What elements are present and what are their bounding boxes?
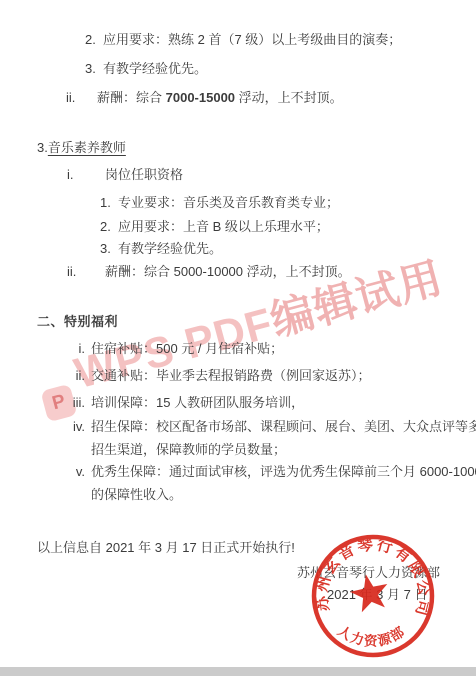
benefit-text: 培训保障：15 人教研团队服务培训， bbox=[91, 394, 304, 411]
list-marker: 2. bbox=[100, 218, 118, 235]
qualification-text: 岗位任职资格 bbox=[105, 166, 183, 183]
list-marker: 2. bbox=[85, 31, 103, 48]
benefit-text: 住宿补贴：500 元 / 月住宿补贴； bbox=[91, 340, 283, 357]
list-text: 有教学经验优先。 bbox=[118, 240, 222, 257]
salary-text: 薪酬：综合 7000-15000 浮动，上不封顶。 bbox=[97, 89, 343, 106]
list-marker: iv. bbox=[56, 418, 85, 435]
list-marker: 3. bbox=[100, 240, 118, 257]
benefit-item: v. 优秀生保障：通过面试审核，评选为优秀生保障前三个月 6000-10000 bbox=[56, 463, 476, 480]
job-heading-number: 3. bbox=[37, 139, 48, 156]
effective-date-statement: 以上信息自 2021 年 3 月 17 日正式开始执行! bbox=[37, 539, 295, 556]
list-item: 1. 专业要求：音乐类及音乐教育类专业； bbox=[100, 194, 339, 211]
list-marker: i. bbox=[56, 340, 85, 357]
salary-amount: 7000-15000 bbox=[166, 90, 235, 105]
salary-line: ii. 薪酬：综合 5000-10000 浮动，上不封顶。 bbox=[67, 263, 351, 280]
page-edge-background bbox=[0, 667, 476, 676]
benefit-item: iii. 培训保障：15 人教研团队服务培训， bbox=[56, 394, 304, 411]
list-marker: 3. bbox=[85, 60, 103, 77]
benefit-text: 优秀生保障：通过面试审核，评选为优秀生保障前三个月 6000-10000 bbox=[91, 463, 476, 480]
seal-company-name: 苏州玄音琴行有限公司 bbox=[311, 535, 434, 621]
list-marker: ii. bbox=[67, 263, 105, 280]
list-item: 2. 应用要求：上音 B 级以上乐理水平； bbox=[100, 218, 329, 235]
seal-department-label: 人力资源部 bbox=[335, 623, 408, 649]
list-item: 3. 有教学经验优先。 bbox=[100, 240, 222, 257]
benefit-item: ii. 交通补贴：毕业季去程报销路费（例回家返苏）； bbox=[56, 367, 371, 384]
list-marker: iii. bbox=[56, 394, 85, 411]
list-marker: ii. bbox=[66, 89, 97, 106]
benefit-text-continuation: 的保障性收入。 bbox=[91, 486, 182, 503]
list-item: 2. 应用要求：熟练 2 首（7 级）以上考级曲目的演奏； bbox=[85, 31, 401, 48]
list-text: 应用要求：上音 B 级以上乐理水平； bbox=[118, 218, 329, 235]
salary-text: 薪酬：综合 5000-10000 浮动，上不封顶。 bbox=[105, 263, 351, 280]
star-icon bbox=[347, 570, 392, 613]
benefit-text: 交通补贴：毕业季去程报销路费（例回家返苏）； bbox=[91, 367, 371, 384]
benefit-text-continuation: 招生渠道，保障教师的学员数量； bbox=[91, 441, 286, 458]
list-marker: ii. bbox=[56, 367, 85, 384]
section-heading: 二、特别福利 bbox=[37, 313, 118, 330]
list-text: 有教学经验优先。 bbox=[103, 60, 207, 77]
benefit-item: iv. 招生保障：校区配备市场部、课程顾问、展台、美团、大众点评等多种 bbox=[56, 418, 476, 435]
list-marker: i. bbox=[67, 166, 105, 183]
company-seal-stamp: 苏州玄音琴行有限公司 人力资源部 bbox=[306, 528, 446, 673]
list-text: 应用要求：熟练 2 首（7 级）以上考级曲目的演奏； bbox=[103, 31, 401, 48]
list-item: 3. 有教学经验优先。 bbox=[85, 60, 207, 77]
qualification-line: i. 岗位任职资格 bbox=[67, 166, 183, 183]
section-heading-text: 二、特别福利 bbox=[37, 313, 118, 330]
benefit-text: 招生保障：校区配备市场部、课程顾问、展台、美团、大众点评等多种 bbox=[91, 418, 476, 435]
list-marker: v. bbox=[56, 463, 85, 480]
job-heading: 3.音乐素养教师 bbox=[37, 139, 126, 156]
job-heading-title: 音乐素养教师 bbox=[48, 139, 126, 156]
list-marker: 1. bbox=[100, 194, 118, 211]
list-text: 专业要求：音乐类及音乐教育类专业； bbox=[118, 194, 339, 211]
salary-line: ii. 薪酬：综合 7000-15000 浮动，上不封顶。 bbox=[66, 89, 343, 106]
benefit-item: i. 住宿补贴：500 元 / 月住宿补贴； bbox=[56, 340, 283, 357]
pdf-document-page: P WPS PDF编辑试用 2. 应用要求：熟练 2 首（7 级）以上考级曲目的… bbox=[0, 0, 476, 676]
